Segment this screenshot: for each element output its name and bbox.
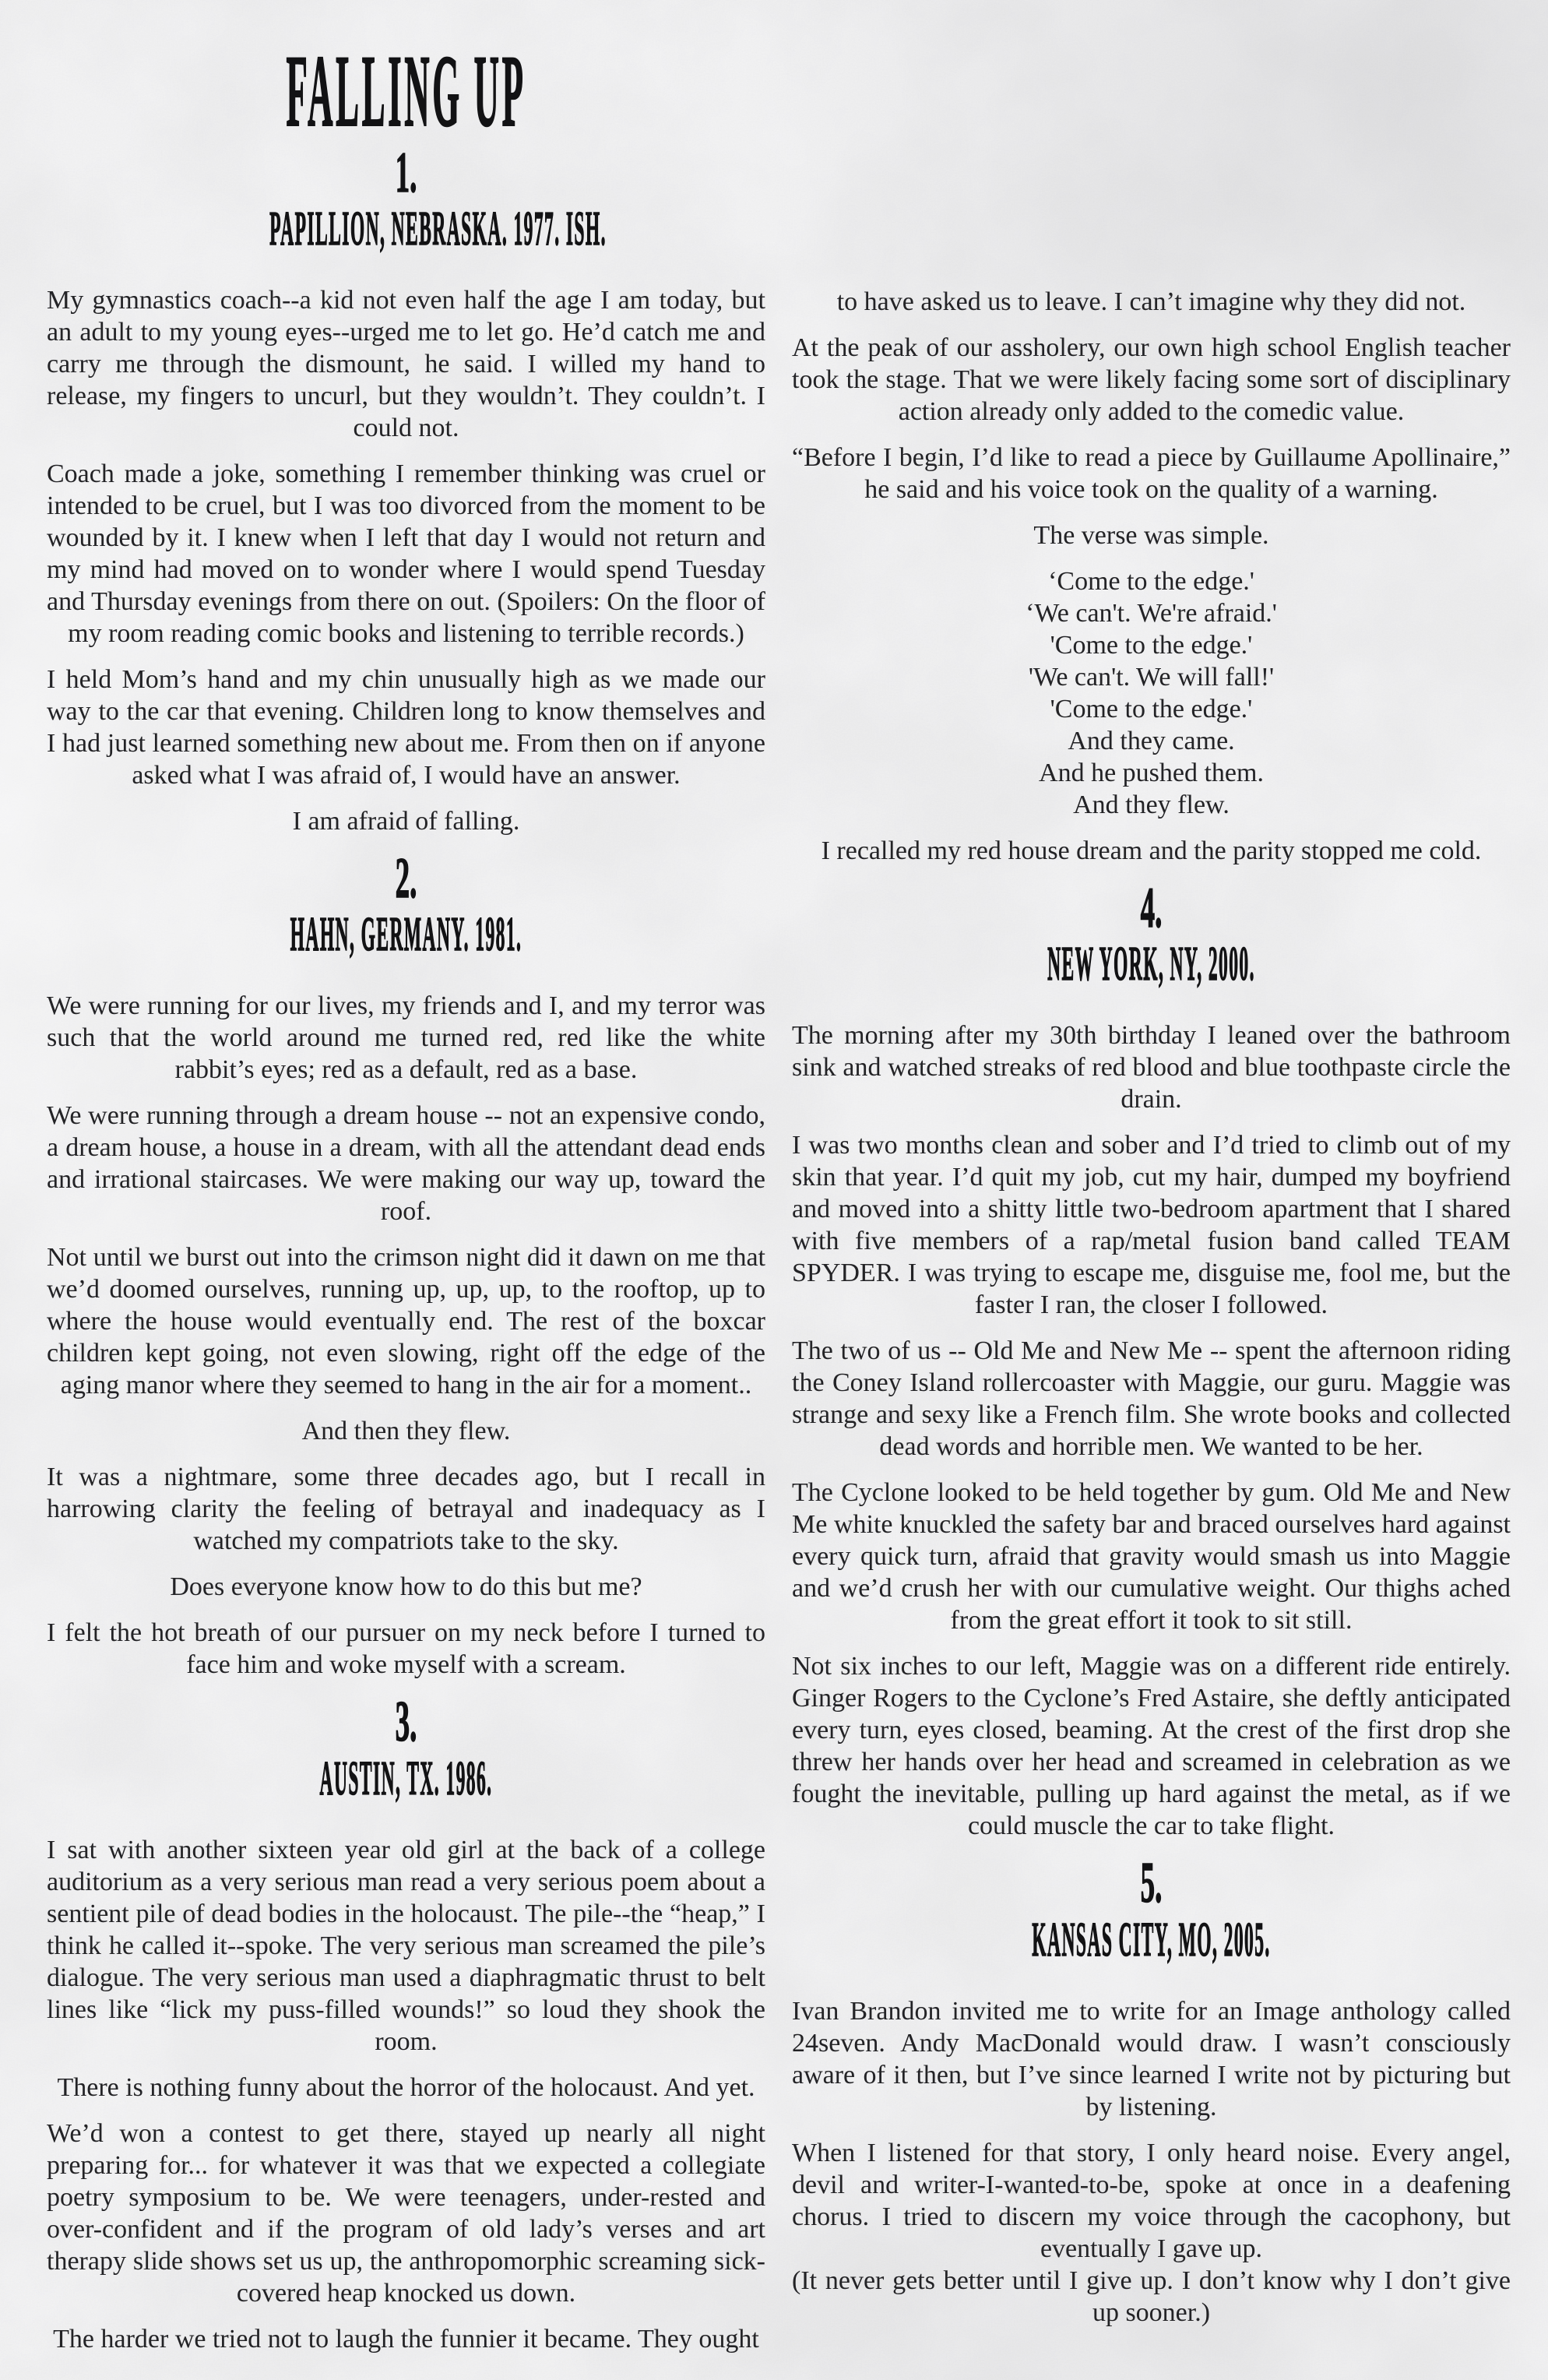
standalone-line: Does everyone know how to do this but me…: [47, 1571, 765, 1603]
paragraph: We were running through a dream house --…: [47, 1100, 765, 1227]
paragraph: Ivan Brandon invited me to write for an …: [792, 1995, 1511, 2123]
verse-line: And they flew.: [792, 789, 1511, 821]
section-number: 2.: [227, 851, 586, 906]
verse-line: ‘We can't. We're afraid.': [792, 597, 1511, 629]
paragraph: I sat with another sixteen year old girl…: [47, 1834, 765, 2058]
paragraph: It was a nightmare, some three decades a…: [47, 1461, 765, 1557]
paragraph: Not until we burst out into the crimson …: [47, 1241, 765, 1401]
verse-line: 'We can't. We will fall!': [792, 661, 1511, 693]
paragraph: The Cyclone looked to be held together b…: [792, 1477, 1511, 1636]
section-heading: AUSTIN, TX. 1986.: [269, 1755, 543, 1803]
section-heading: NEW YORK, NY, 2000.: [1015, 940, 1288, 988]
standalone-line: There is nothing funny about the horror …: [47, 2072, 765, 2104]
standalone-line: The verse was simple.: [792, 519, 1511, 551]
paragraph: I held Mom’s hand and my chin unusually …: [47, 664, 765, 791]
paragraph: (It never gets better until I give up. I…: [792, 2265, 1511, 2329]
standalone-line: to have asked us to leave. I can’t imagi…: [792, 286, 1511, 318]
section-heading: PAPILLION, NEBRASKA. 1977. ISH.: [269, 205, 543, 253]
paragraph: My gymnastics coach--a kid not even half…: [47, 284, 765, 444]
column-right: to have asked us to leave. I can’t imagi…: [792, 45, 1511, 2369]
section-heading: KANSAS CITY, MO, 2005.: [1015, 1916, 1288, 1964]
section-number: 1.: [227, 146, 586, 200]
paragraph: Not six inches to our left, Maggie was o…: [792, 1650, 1511, 1842]
paragraph: At the peak of our assholery, our own hi…: [792, 332, 1511, 428]
standalone-line: I recalled my red house dream and the pa…: [792, 835, 1511, 867]
verse-line: 'Come to the edge.': [792, 629, 1511, 661]
page-title: FALLING UP: [284, 45, 529, 138]
column-left: FALLING UP1.PAPILLION, NEBRASKA. 1977. I…: [47, 45, 765, 2369]
paragraph: Coach made a joke, something I remember …: [47, 458, 765, 650]
paragraph: We were running for our lives, my friend…: [47, 990, 765, 1086]
section-heading: HAHN, GERMANY. 1981.: [269, 910, 543, 959]
paragraph: “Before I begin, I’d like to read a piec…: [792, 442, 1511, 505]
verse: ‘Come to the edge.'‘We can't. We're afra…: [792, 565, 1511, 821]
section-number: 4.: [972, 881, 1332, 935]
paragraph: I was two months clean and sober and I’d…: [792, 1129, 1511, 1321]
paragraph: When I listened for that story, I only h…: [792, 2137, 1511, 2265]
verse-line: And they came.: [792, 725, 1511, 757]
standalone-line: The harder we tried not to laugh the fun…: [47, 2323, 765, 2355]
paragraph: The two of us -- Old Me and New Me -- sp…: [792, 1335, 1511, 1463]
paragraph: I felt the hot breath of our pursuer on …: [47, 1617, 765, 1681]
comic-backmatter-page: FALLING UP1.PAPILLION, NEBRASKA. 1977. I…: [0, 0, 1548, 2380]
standalone-line: I am afraid of falling.: [47, 805, 765, 837]
verse-line: 'Come to the edge.': [792, 693, 1511, 725]
paragraph: The morning after my 30th birthday I lea…: [792, 1019, 1511, 1115]
verse-line: ‘Come to the edge.': [792, 565, 1511, 597]
section-number: 5.: [972, 1856, 1332, 1910]
section-number: 3.: [227, 1695, 586, 1749]
two-column-layout: FALLING UP1.PAPILLION, NEBRASKA. 1977. I…: [0, 0, 1548, 2369]
verse-line: And he pushed them.: [792, 757, 1511, 789]
paragraph: We’d won a contest to get there, stayed …: [47, 2118, 765, 2309]
standalone-line: And then they flew.: [47, 1415, 765, 1447]
